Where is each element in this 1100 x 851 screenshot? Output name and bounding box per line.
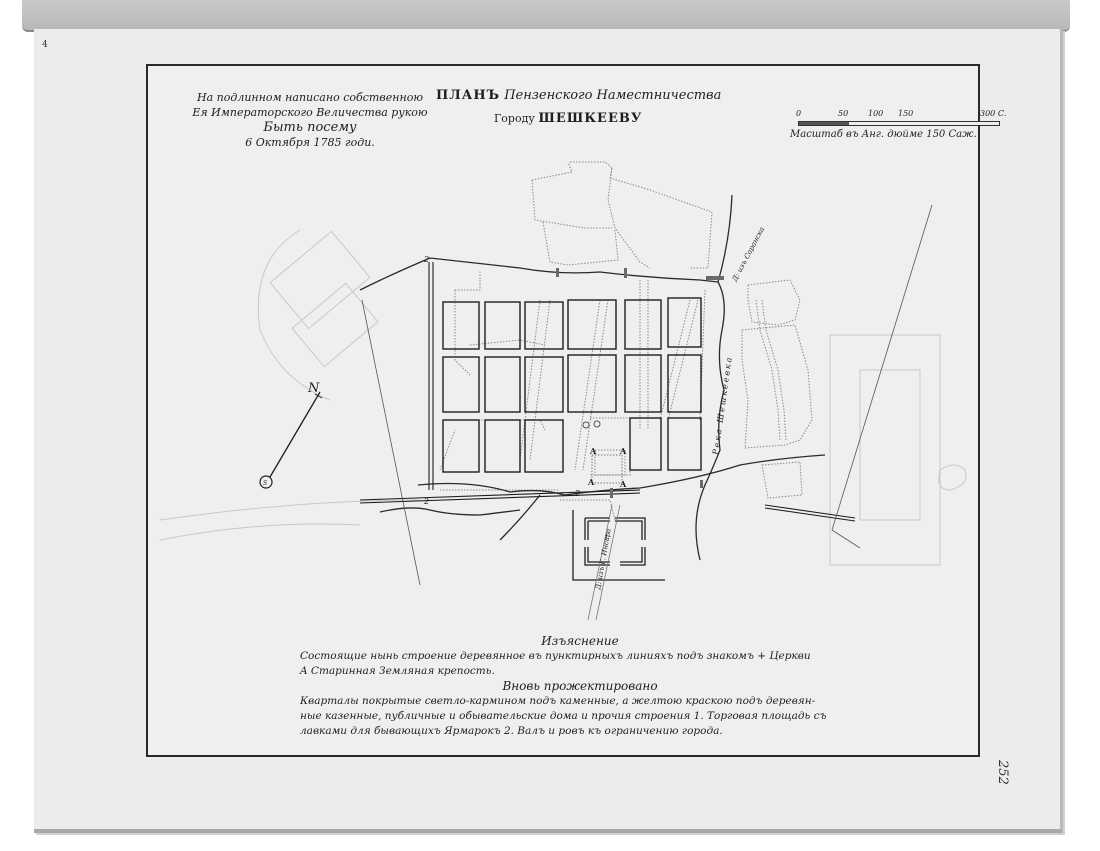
approval-line: На подлинном написано собственною: [160, 90, 460, 105]
scale-label: Масштаб въ Анг. дюйме 150 Саж.: [790, 129, 1010, 140]
plan-title: ПЛАНЪ Пензенского Наместничества Городу …: [436, 88, 776, 126]
legend: Изъяснение Состоящие нынь строение дерев…: [300, 634, 860, 739]
compass-south-label: S: [263, 480, 267, 487]
town-quarters-grid: [443, 298, 701, 472]
svg-text:2: 2: [423, 497, 429, 506]
existing-buildings-dotted: [440, 162, 812, 520]
svg-text:2: 2: [423, 255, 429, 264]
legend-line: Состоящие нынь строение деревянное въ пу…: [300, 649, 860, 664]
old-earthen-fortress: [583, 421, 622, 483]
survey-lines: [362, 205, 932, 585]
legend-subheading: Вновь прожектировано: [300, 679, 860, 694]
svg-text:A: A: [589, 446, 597, 456]
title-prefix: ПЛАНЪ: [436, 88, 500, 103]
legend-line: ные казенные, публичные и обывательские …: [300, 709, 860, 724]
approval-line: Ея Императорского Величества рукою: [160, 105, 460, 120]
legend-line: Кварталы покрытые светло-кармином подъ к…: [300, 694, 860, 709]
road-label-saransk: Д: изъ Саранска: [730, 226, 766, 284]
svg-text:A: A: [587, 477, 595, 487]
svg-text:2: 2: [574, 489, 580, 498]
svg-text:A: A: [619, 446, 627, 456]
imperial-approval-note: На подлинном написано собственною Ея Имп…: [160, 90, 460, 150]
town-prefix: Городу: [494, 112, 535, 125]
road-label-insar: Д: изъ Г. Инсара: [594, 528, 613, 591]
legend-line: A Старинная Земляная крепость.: [300, 664, 860, 679]
legend-line: лавками для бывающихъ Ярмарокъ 2. Валъ и…: [300, 724, 860, 739]
compass-rose: N S: [260, 381, 322, 488]
approval-line: Быть посему: [160, 120, 460, 135]
compass-north-label: N: [307, 381, 320, 396]
compass-needle-icon: [270, 392, 320, 477]
title-subtitle: Пензенского Наместничества: [504, 88, 721, 103]
church-icon: [594, 421, 600, 427]
svg-text:A: A: [619, 479, 627, 489]
market-square: [573, 510, 665, 580]
river-label: Река Шешкеевка: [711, 355, 734, 456]
approval-date: 6 Октября 1785 годи.: [160, 135, 460, 150]
town-name: ШЕШКЕЕВУ: [538, 111, 642, 126]
church-icon: [583, 422, 589, 428]
scale-bar: 0 50 100 150 300 С. Масштаб въ Анг. дюйм…: [790, 109, 1010, 140]
rampart-markers: 2 2 2: [423, 255, 580, 506]
scale-ruler: [798, 121, 1000, 126]
page-number: 252: [995, 760, 1010, 785]
legend-heading: Изъяснение: [300, 634, 860, 649]
scale-ticks: 0 50 100 150 300 С.: [790, 109, 1010, 121]
